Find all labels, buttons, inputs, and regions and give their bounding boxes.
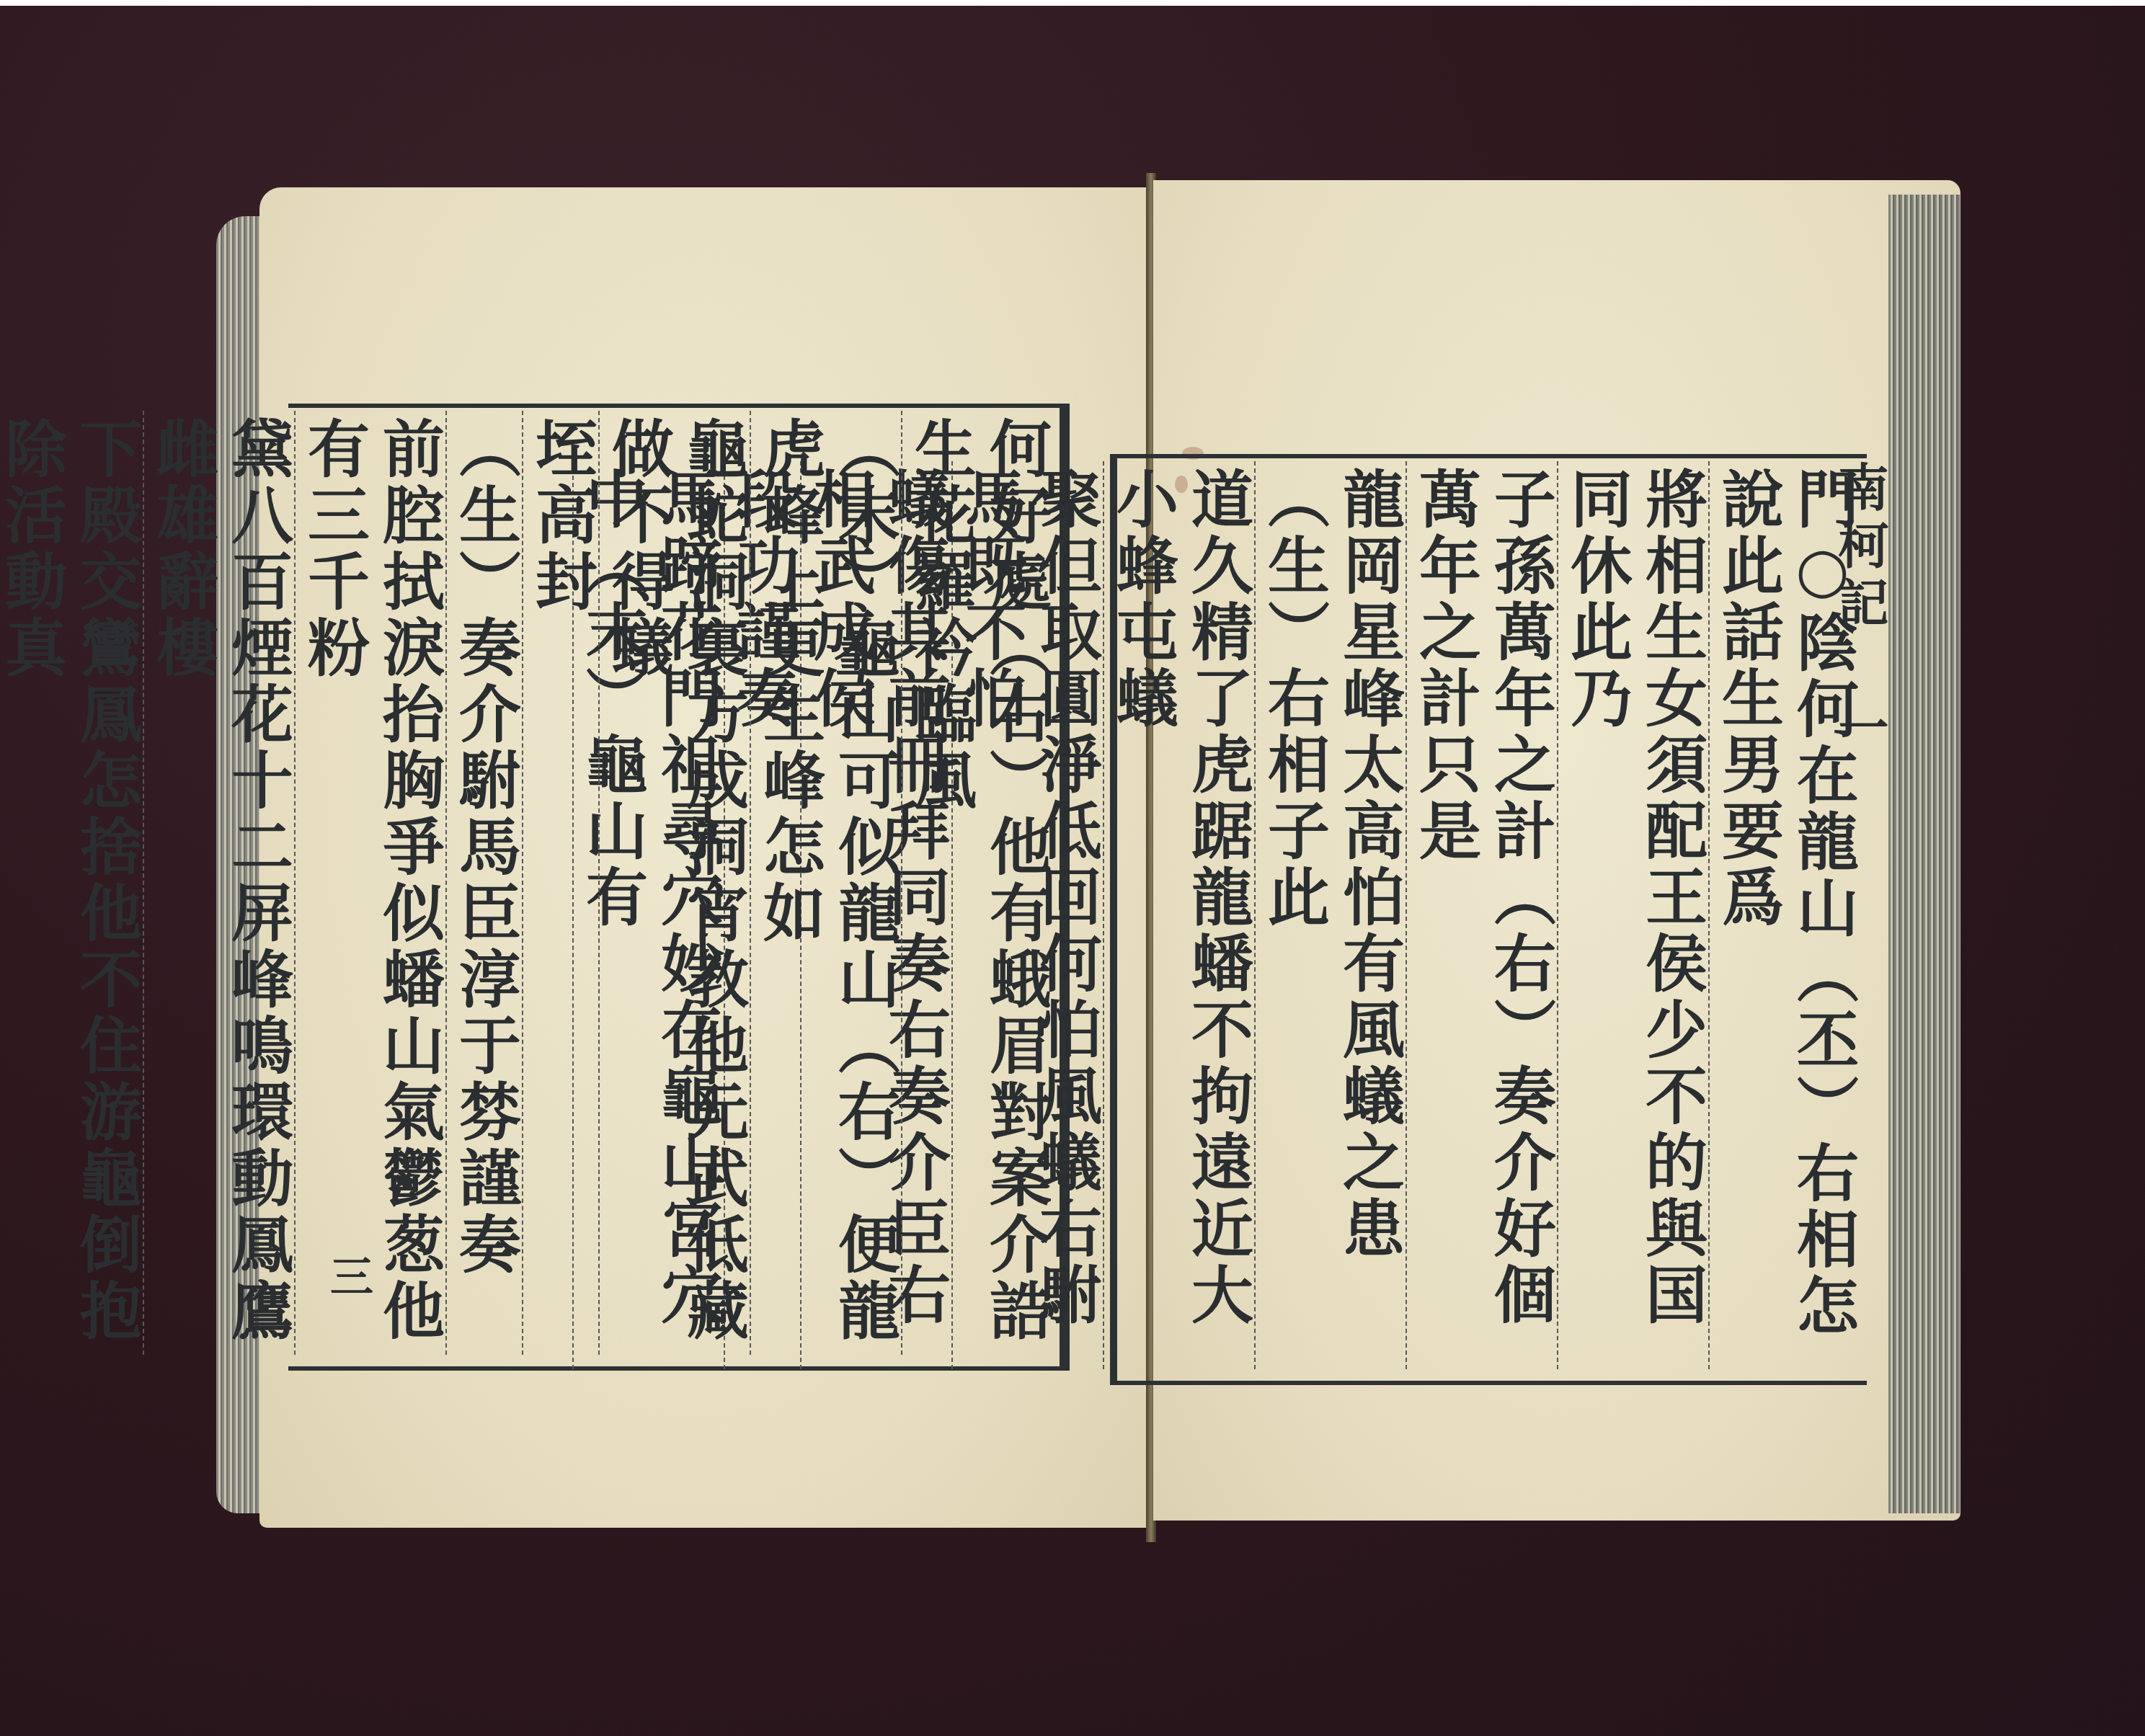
text-column: 道久精了虎踞龍蟠不拘遠近大小蜂屯蟻 — [1103, 461, 1254, 1369]
text-column: 子孫萬年之計（右）奏介好個萬年之計只是 — [1405, 461, 1557, 1369]
right-page-text: 門○陰何在龍山（丕）右相怎說此話生男要爲 將相生女須配王侯少不的與国同休此乃 子… — [1117, 461, 1860, 1369]
open-book: 南柯記 一 門○陰何在龍山（丕）右相怎說此話生男要爲 將相生女須配王侯少不的與国… — [216, 173, 1960, 1542]
text-column: 垤高封 — [522, 411, 598, 1355]
page-number: 三 — [317, 1254, 379, 1297]
text-column: 龜蛇洞裏方成洞宵教他元武低藏做不得蟻 — [598, 411, 750, 1355]
text-column: 前腔拭淚抬胸爭似蟠山氣鬱葱他有三千粉 — [294, 411, 445, 1355]
text-column: （生）奏介駙馬臣淳于棼謹奏 — [445, 411, 522, 1355]
text-column: 龍岡星峰太高怕有風蟻之患（生）右相子此 — [1254, 461, 1405, 1369]
text-column: 黛八百煙花十二屏峰鳴環動鳳鷹雌雄辭樓 — [143, 411, 294, 1355]
text-column: 下殿交鸞鳳怎捨他不住游龜倒抱除活動真 — [0, 411, 143, 1355]
text-column: 門○陰何在龍山（丕）右相怎說此話生男要爲 — [1708, 461, 1860, 1369]
text-column: 何好處（右）他有蛾眉對案介誥生花羅衿臨風 — [901, 411, 1052, 1355]
text-column: 將相生女須配王侯少不的與国同休此乃 — [1557, 461, 1708, 1369]
text-column: （末）龜山可似龍山（右）便龍虎峰上更生峰怎如 — [750, 411, 901, 1355]
scan-border — [0, 0, 2145, 6]
page-stack-right — [1888, 195, 1960, 1513]
left-page-text: 何好處（右）他有蛾眉對案介誥生花羅衿臨風 （末）龜山可似龍山（右）便龍虎峰上更生… — [296, 411, 1052, 1355]
